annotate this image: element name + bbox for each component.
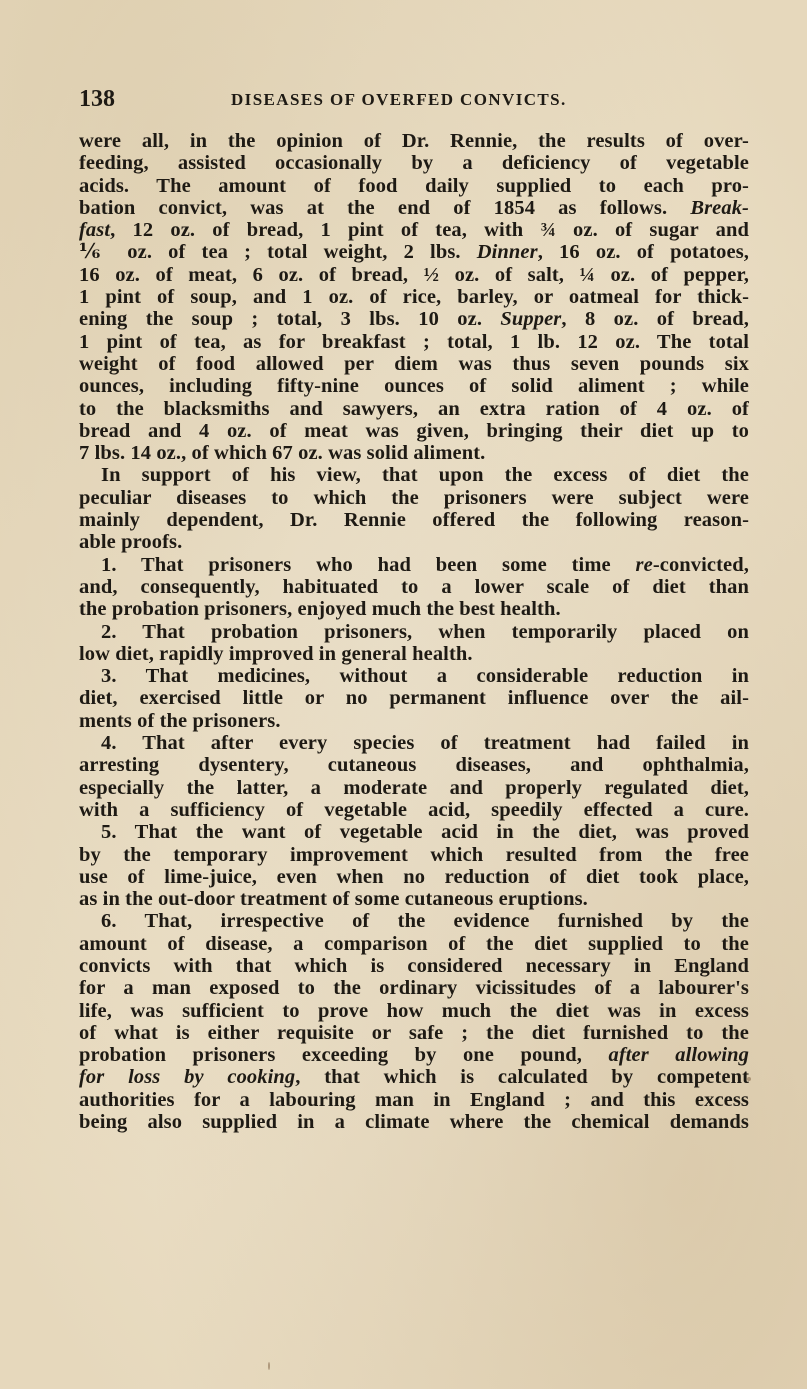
text-line: were all, in the opinion of Dr. Rennie, …: [79, 130, 749, 152]
text-line: as in the out-door treatment of some cut…: [79, 888, 749, 910]
text-line: In support of his view, that upon the ex…: [79, 464, 749, 486]
text-line: acids. The amount of food daily supplied…: [79, 175, 749, 197]
text-line: of what is either requisite or safe ; th…: [79, 1022, 749, 1044]
text-line: ening the soup ; total, 3 lbs. 10 oz. Su…: [79, 308, 749, 330]
text-line: 1 pint of tea, as for breakfast ; total,…: [79, 331, 749, 353]
text-line: for loss by cooking, that which is calcu…: [79, 1066, 749, 1088]
text-line: 6. That, irrespective of the evidence fu…: [79, 910, 749, 932]
text-line: 2. That probation prisoners, when tempor…: [79, 621, 749, 643]
italic-emphasis: for loss by cooking: [79, 1066, 295, 1088]
body-text: were all, in the opinion of Dr. Rennie, …: [79, 130, 749, 1133]
page-number: 138: [79, 86, 115, 113]
text-line: ⅙ oz. of tea ; total weight, 2 lbs. Dinn…: [79, 241, 749, 263]
text-line: being also supplied in a climate where t…: [79, 1111, 749, 1133]
text-line: the probation prisoners, enjoyed much th…: [79, 598, 749, 620]
text-line: arresting dysentery, cutaneous diseases,…: [79, 754, 749, 776]
text-line: and, consequently, habituated to a lower…: [79, 576, 749, 598]
italic-emphasis: Dinner: [477, 241, 538, 263]
text-line: weight of food allowed per diem was thus…: [79, 353, 749, 375]
text-line: 3. That medicines, without a considerabl…: [79, 665, 749, 687]
text-line: life, was sufficient to prove how much t…: [79, 1000, 749, 1022]
text-line: to the blacksmiths and sawyers, an extra…: [79, 398, 749, 420]
text-line: convicts with that which is considered n…: [79, 955, 749, 977]
text-line: ments of the prisoners.: [79, 710, 749, 732]
text-line: amount of disease, a comparison of the d…: [79, 933, 749, 955]
text-line: especially the latter, a moderate and pr…: [79, 777, 749, 799]
text-line: fast, 12 oz. of bread, 1 pint of tea, wi…: [79, 219, 749, 241]
ink-speck: [747, 1077, 751, 1081]
text-line: use of lime-juice, even when no reductio…: [79, 866, 749, 888]
text-line: probation prisoners exceeding by one pou…: [79, 1044, 749, 1066]
ink-speck: [268, 1362, 270, 1370]
text-line: 4. That after every species of treatment…: [79, 732, 749, 754]
text-line: 16 oz. of meat, 6 oz. of bread, ½ oz. of…: [79, 264, 749, 286]
running-title: DISEASES OF OVERFED CONVICTS.: [231, 90, 567, 110]
italic-emphasis: Break-: [690, 197, 749, 219]
text-line: peculiar diseases to which the prisoners…: [79, 487, 749, 509]
italic-emphasis: fast: [79, 219, 110, 241]
text-line: low diet, rapidly improved in general he…: [79, 643, 749, 665]
text-line: with a sufficiency of vegetable acid, sp…: [79, 799, 749, 821]
text-line: ounces, including fifty-nine ounces of s…: [79, 375, 749, 397]
text-line: bation convict, was at the end of 1854 a…: [79, 197, 749, 219]
text-line: able proofs.: [79, 531, 749, 553]
text-line: mainly dependent, Dr. Rennie offered the…: [79, 509, 749, 531]
book-page: 138 DISEASES OF OVERFED CONVICTS. were a…: [0, 0, 807, 1389]
running-head: 138 DISEASES OF OVERFED CONVICTS.: [79, 86, 749, 114]
italic-emphasis: after allowing: [608, 1044, 749, 1066]
italic-emphasis: re: [636, 554, 653, 576]
text-line: diet, exercised little or no permanent i…: [79, 687, 749, 709]
text-line: by the temporary improvement which resul…: [79, 844, 749, 866]
text-line: for a man exposed to the ordinary viciss…: [79, 977, 749, 999]
text-line: 1 pint of soup, and 1 oz. of rice, barle…: [79, 286, 749, 308]
italic-emphasis: Supper: [500, 308, 561, 330]
text-line: feeding, assisted occasionally by a defi…: [79, 152, 749, 174]
text-line: bread and 4 oz. of meat was given, bring…: [79, 420, 749, 442]
text-line: 1. That prisoners who had been some time…: [79, 554, 749, 576]
text-line: authorities for a labouring man in Engla…: [79, 1089, 749, 1111]
text-line: 7 lbs. 14 oz., of which 67 oz. was solid…: [79, 442, 749, 464]
text-line: 5. That the want of vegetable acid in th…: [79, 821, 749, 843]
